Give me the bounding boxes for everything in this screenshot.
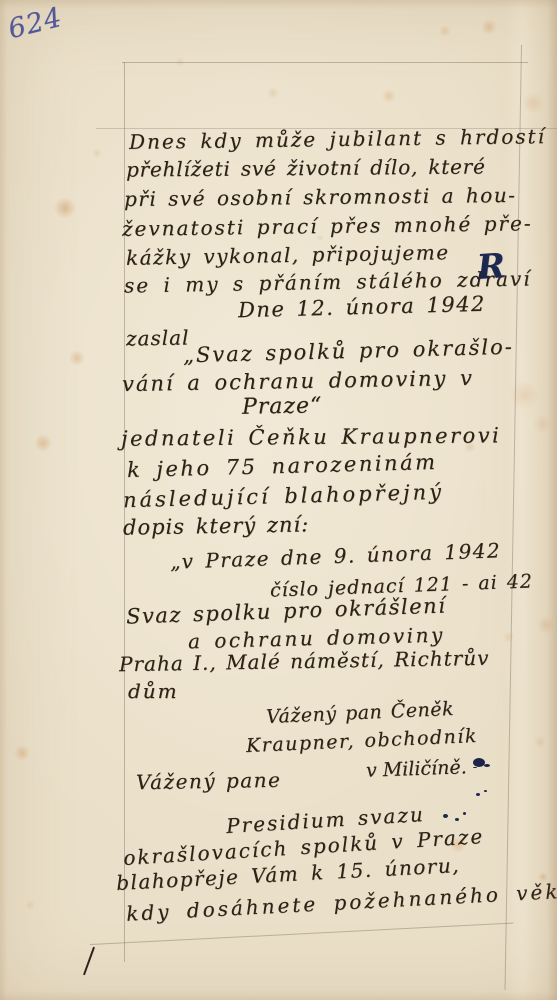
scanned-manuscript-page: 624 Dnes kdy může jubilant s hrdostí pře… [0, 0, 557, 1000]
scan-vignette [0, 0, 557, 1000]
